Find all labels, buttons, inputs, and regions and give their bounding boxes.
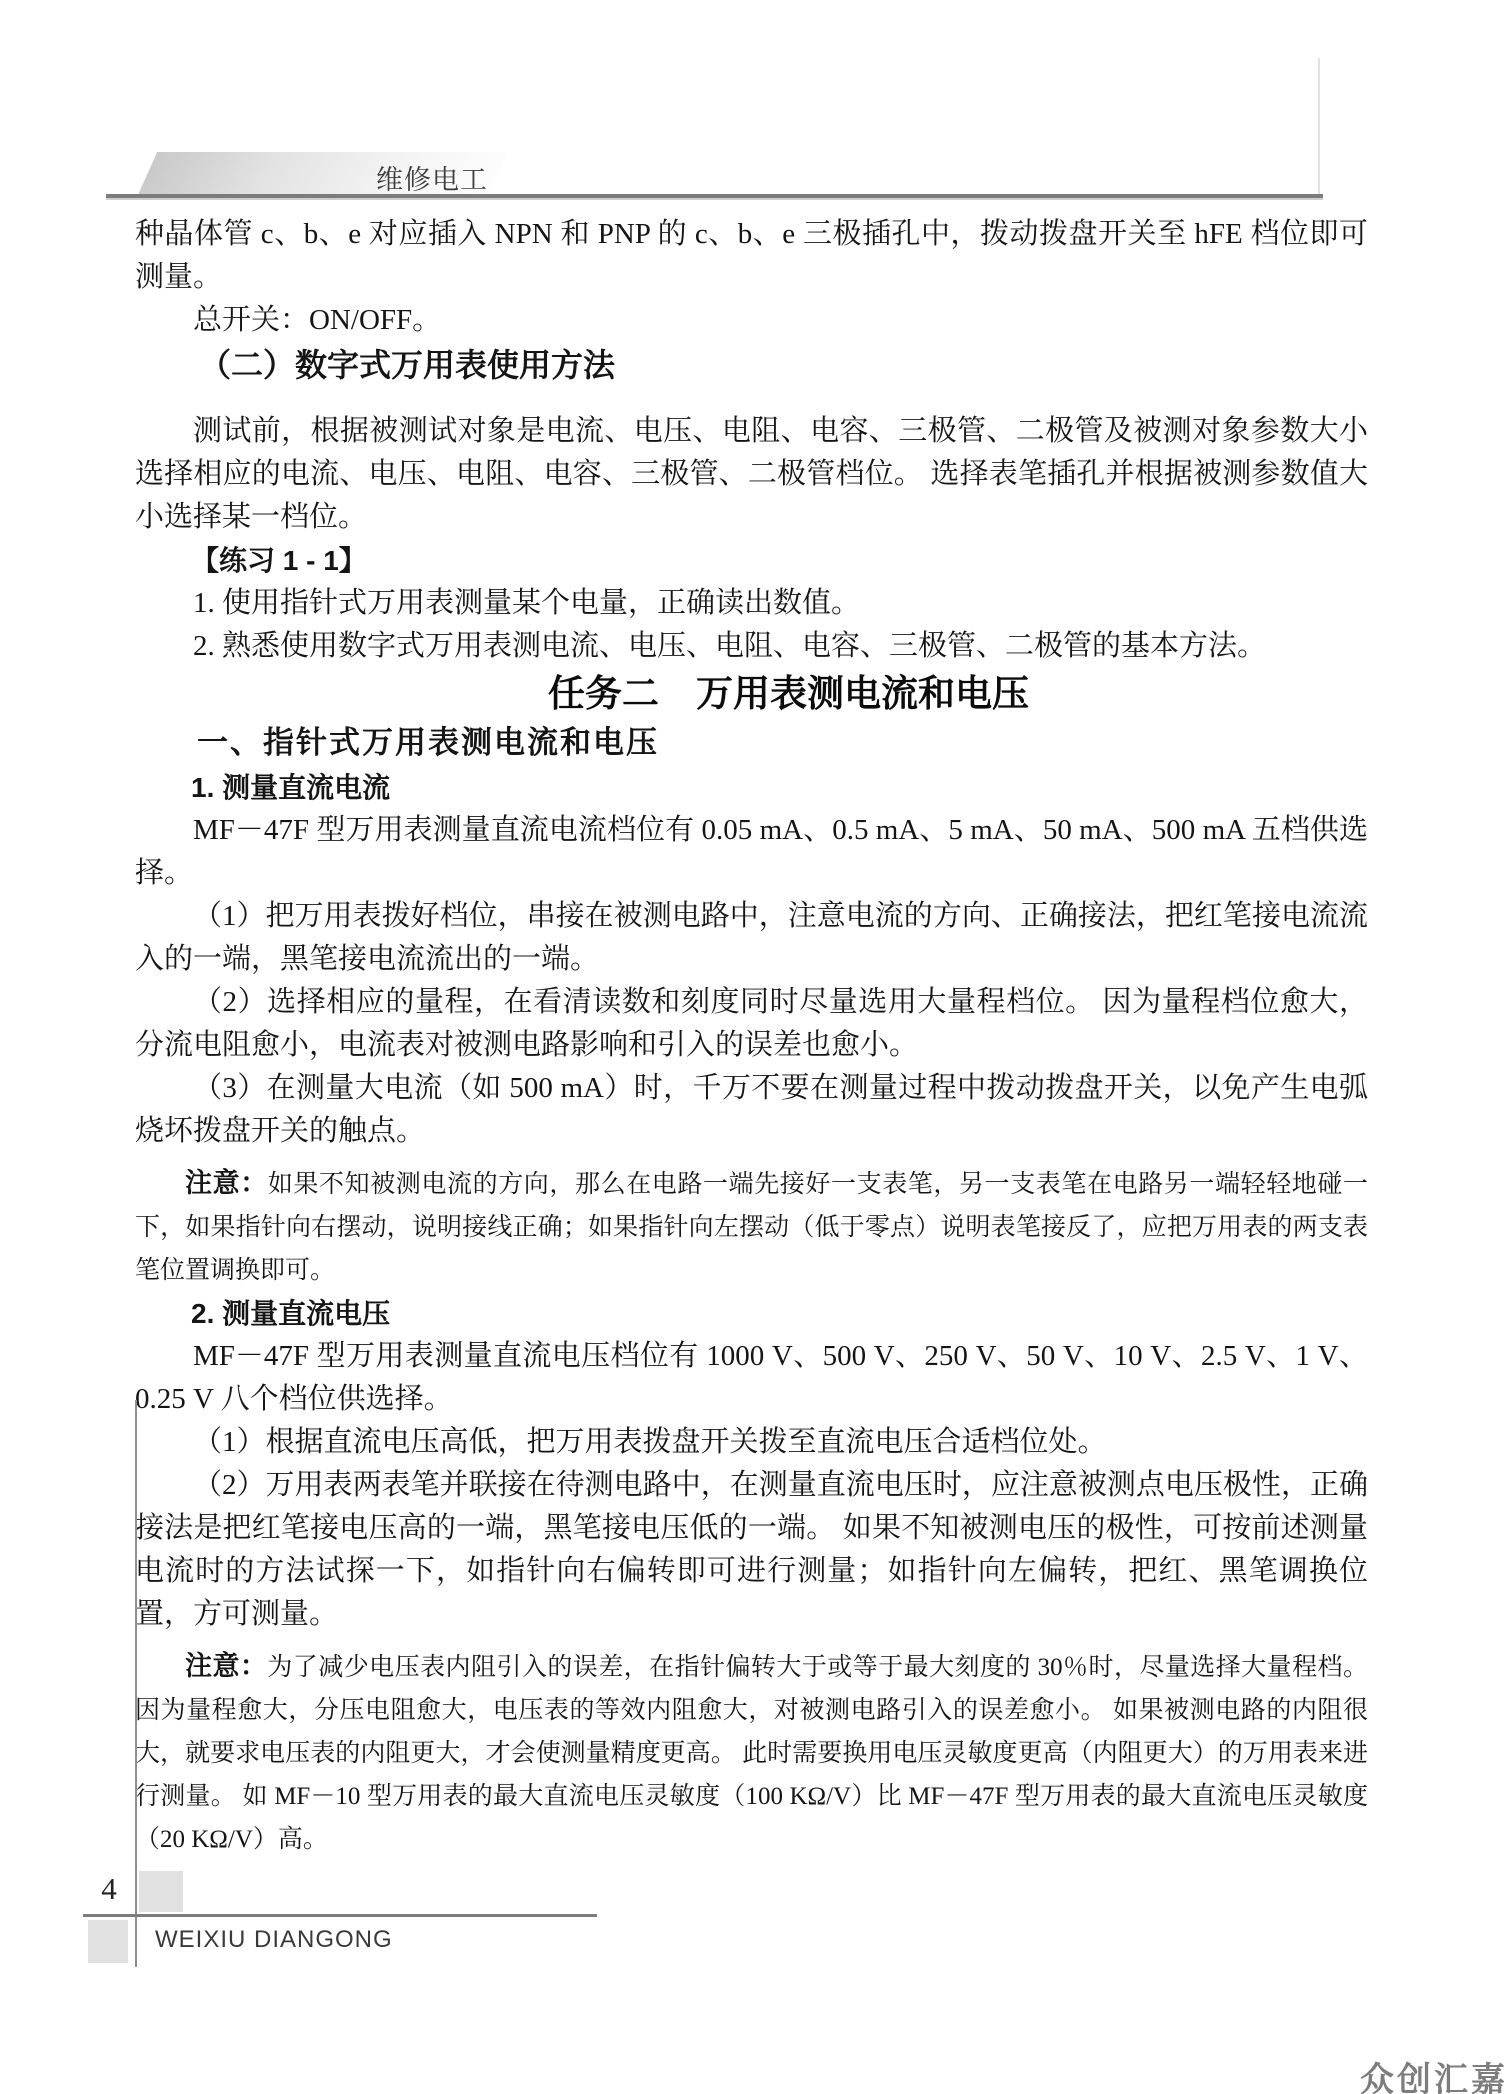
heading-dc-current: 1. 测量直流电流 xyxy=(135,766,1368,809)
note-dc-current: 注意：如果不知被测电流的方向，那么在电路一端先接好一支表笔，另一支表笔在电路另一… xyxy=(135,1162,1368,1292)
header-edge-line xyxy=(1318,58,1320,194)
page-number: 4 xyxy=(94,1871,124,1907)
heading-dc-voltage: 2. 测量直流电压 xyxy=(135,1292,1368,1335)
heading-digital-method: （二）数字式万用表使用方法 xyxy=(135,342,1368,388)
paragraph-dcv-step2: （2）万用表两表笔并联接在待测电路中，在测量直流电压时，应注意被测点电压极性，正… xyxy=(135,1464,1368,1636)
heading-exercise: 【练习 1 - 1】 xyxy=(135,539,1368,582)
note-text: 如果不知被测电流的方向，那么在电路一端先接好一支表笔，另一支表笔在电路另一端轻轻… xyxy=(135,1171,1368,1284)
paragraph-exercise-2: 2. 熟悉使用数字式万用表测电流、电压、电阻、电容、三极管、二极管的基本方法。 xyxy=(135,625,1368,668)
paragraph-dcv-step1: （1）根据直流电压高低，把万用表拨盘开关拨至直流电压合适档位处。 xyxy=(135,1421,1368,1464)
paragraph-dcc-step2: （2）选择相应的量程，在看清读数和刻度同时尽量选用大量程档位。 因为量程档位愈大… xyxy=(135,981,1368,1067)
note-text: 为了减少电压表内阻引入的误差，在指针偏转大于或等于最大刻度的 30％时，尽量选择… xyxy=(135,1654,1368,1853)
left-vertical-rule xyxy=(135,1400,137,1967)
book-page: 维修电工 种晶体管 c、b、e 对应插入 NPN 和 PNP 的 c、b、e 三… xyxy=(0,0,1504,2094)
footer-rule xyxy=(83,1914,597,1917)
paragraph-continuation: 种晶体管 c、b、e 对应插入 NPN 和 PNP 的 c、b、e 三极插孔中，… xyxy=(135,213,1368,299)
watermark-logo: 众创汇嘉 xyxy=(1360,2052,1504,2094)
note-label: 注意： xyxy=(185,1168,268,1198)
footer-square-bottom xyxy=(88,1920,128,1963)
heading-task2: 任务二 万用表测电流和电压 xyxy=(135,668,1368,720)
paragraph-test-prepare: 测试前，根据被测试对象是电流、电压、电阻、电容、三极管、二极管及被测对象参数大小… xyxy=(135,410,1368,539)
header-book-title: 维修电工 xyxy=(376,158,486,197)
paragraph-exercise-1: 1. 使用指针式万用表测量某个电量，正确读出数值。 xyxy=(135,582,1368,625)
note-dc-voltage: 注意：为了减少电压表内阻引入的误差，在指针偏转大于或等于最大刻度的 30％时，尽… xyxy=(135,1645,1368,1861)
note-label: 注意： xyxy=(185,1651,267,1681)
paragraph-dcc-step1: （1）把万用表拨好档位，串接在被测电路中，注意电流的方向、正确接法，把红笔接电流… xyxy=(135,895,1368,981)
header-rule xyxy=(106,194,1323,200)
paragraph-power-switch: 总开关：ON/OFF。 xyxy=(135,299,1368,342)
heading-pointer-section: 一、指针式万用表测电流和电压 xyxy=(135,720,1368,766)
footer-running-title: WEIXIU DIANGONG xyxy=(155,1926,393,1954)
paragraph-dc-current-ranges: MF－47F 型万用表测量直流电流档位有 0.05 mA、0.5 mA、5 mA… xyxy=(135,809,1368,895)
paragraph-dcc-step3: （3）在测量大电流（如 500 mA）时，千万不要在测量过程中拨动拨盘开关，以免… xyxy=(135,1067,1368,1153)
paragraph-dc-voltage-ranges: MF－47F 型万用表测量直流电压档位有 1000 V、500 V、250 V、… xyxy=(135,1335,1368,1421)
page-body: 种晶体管 c、b、e 对应插入 NPN 和 PNP 的 c、b、e 三极插孔中，… xyxy=(135,213,1368,1861)
footer-square-top xyxy=(139,1871,183,1912)
